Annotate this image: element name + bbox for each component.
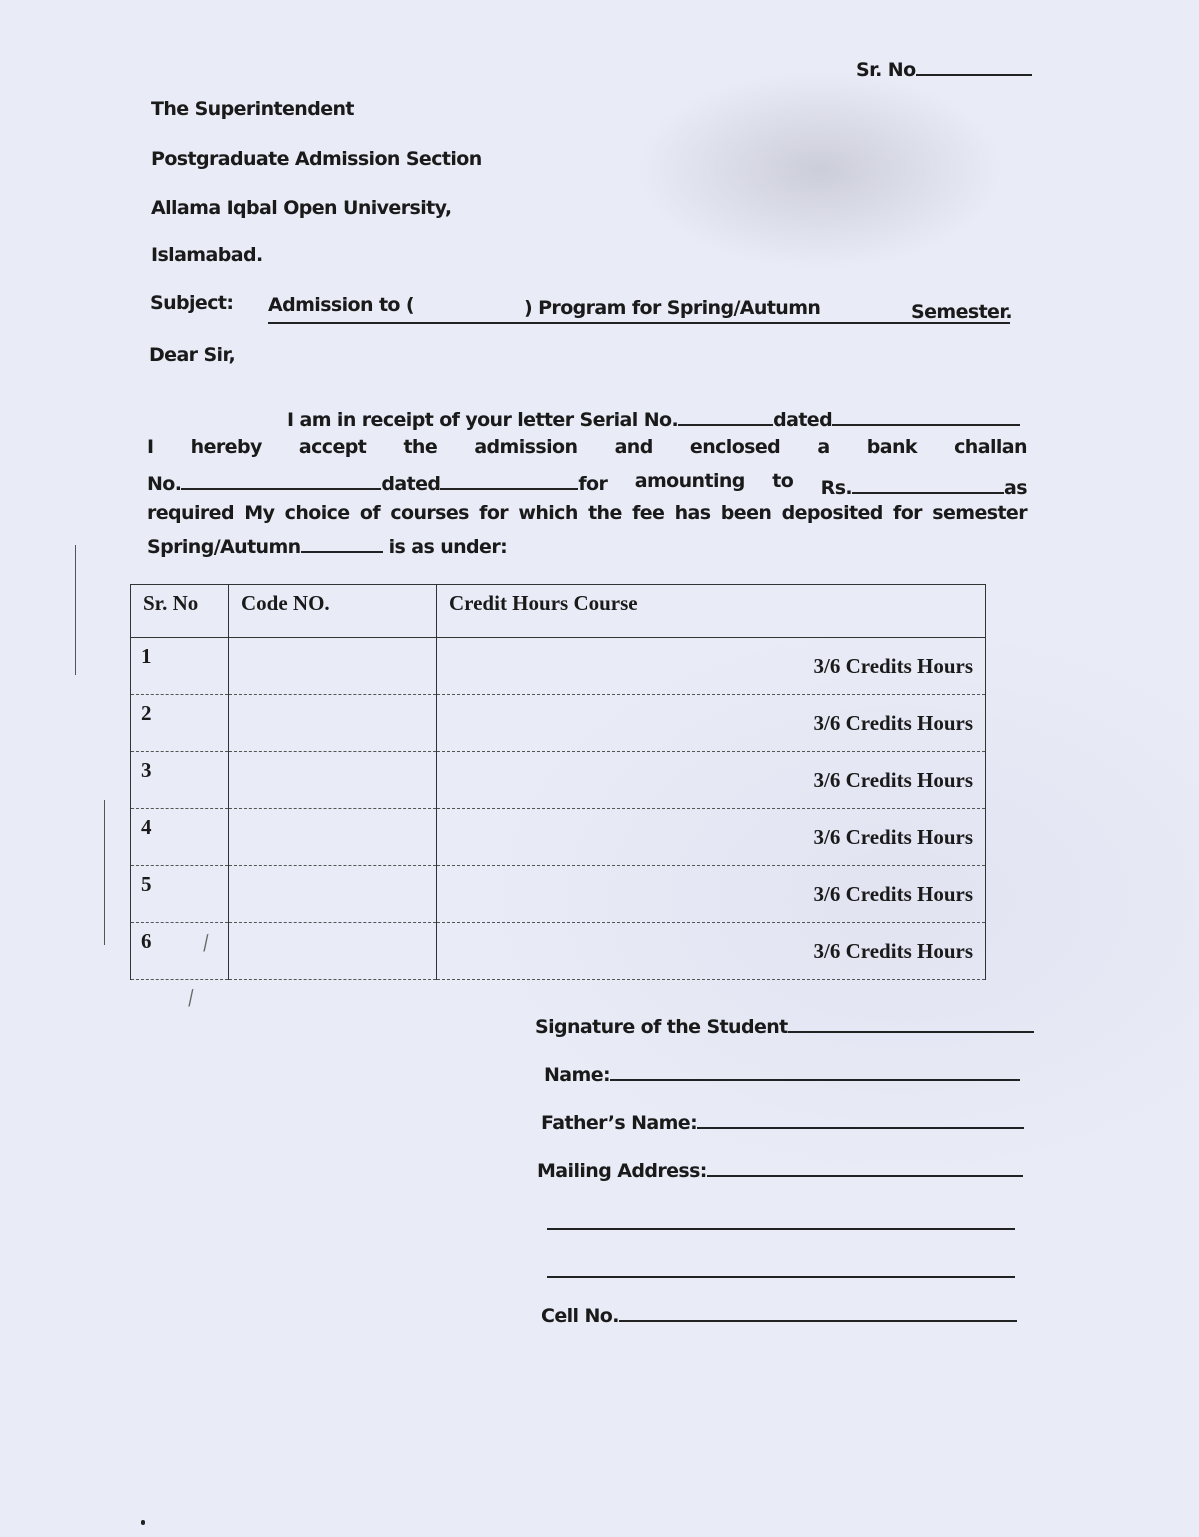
mailing-address-blank-2[interactable]	[547, 1228, 1015, 1230]
signature-blank[interactable]	[788, 1011, 1034, 1033]
row-sr-no: 4	[131, 809, 229, 866]
greeting: Dear Sir,	[149, 344, 235, 366]
body-line-2: I hereby accept the admission and enclos…	[147, 436, 1027, 458]
serial-number-field: Sr. No	[856, 56, 1032, 81]
mailing-address-blank-3[interactable]	[547, 1276, 1015, 1278]
header-credit-hours-course: Credit Hours Course	[437, 585, 986, 638]
body-line-3: No.datedfor amounting to Rs.as	[147, 470, 1027, 499]
serial-number-label: Sr. No	[856, 59, 916, 81]
body-word: the	[403, 436, 437, 458]
body-text: for	[578, 473, 607, 495]
row-credits-cell[interactable]: 3/6 Credits Hours	[437, 866, 986, 923]
body-word: admission	[474, 436, 577, 458]
row-credits-cell[interactable]: 3/6 Credits Hours	[437, 752, 986, 809]
name-label: Name:	[544, 1064, 610, 1086]
body-word: to	[772, 470, 793, 499]
body-text: I am in receipt of your letter Serial No…	[287, 409, 678, 431]
recipient-line-2: Postgraduate Admission Section	[151, 148, 482, 170]
table-row: 2 3/6 Credits Hours	[131, 695, 986, 752]
row-credits-cell[interactable]: 3/6 Credits Hours	[437, 695, 986, 752]
row-sr-no: 1	[131, 638, 229, 695]
table-header-row: Sr. No Code NO. Credit Hours Course	[131, 585, 986, 638]
mailing-address-label: Mailing Address:	[537, 1160, 707, 1182]
mailing-address-blank-1[interactable]	[707, 1155, 1023, 1177]
body-word: accept	[299, 436, 366, 458]
row-code-cell[interactable]	[229, 695, 437, 752]
body-text: No.	[147, 473, 181, 495]
row-code-cell[interactable]	[229, 638, 437, 695]
row-sr-no: 3	[131, 752, 229, 809]
body-text: dated	[773, 409, 832, 431]
amount-blank[interactable]	[852, 470, 1004, 494]
row-sr-no: 6	[131, 923, 229, 980]
serial-number-blank[interactable]	[916, 56, 1032, 76]
header-sr-no: Sr. No	[131, 585, 229, 638]
body-word: a	[817, 436, 829, 458]
challan-date-blank[interactable]	[440, 470, 578, 490]
body-word: and	[615, 436, 653, 458]
signature-label: Signature of the Student	[535, 1016, 788, 1038]
letter-date-blank[interactable]	[832, 404, 1020, 426]
father-name-blank[interactable]	[697, 1107, 1024, 1129]
table-row: 5 3/6 Credits Hours	[131, 866, 986, 923]
body-line-5: Spring/Autumn is as under:	[147, 533, 507, 558]
subject-line: Admission to ( ) Program for Spring/Autu…	[268, 294, 1010, 324]
row-credits-cell[interactable]: 3/6 Credits Hours	[437, 638, 986, 695]
row-sr-no: 5	[131, 866, 229, 923]
body-text: Rs.	[821, 477, 852, 499]
table-row: 4 3/6 Credits Hours	[131, 809, 986, 866]
recipient-line-3: Allama Iqbal Open University,	[151, 197, 452, 219]
body-word: amounting	[635, 470, 745, 499]
body-word: bank	[867, 436, 917, 458]
recipient-line-4: Islamabad.	[151, 244, 263, 266]
row-code-cell[interactable]	[229, 809, 437, 866]
body-text: as	[1004, 477, 1027, 499]
body-word: I	[147, 436, 153, 458]
cell-number-label: Cell No.	[541, 1305, 619, 1327]
row-code-cell[interactable]	[229, 866, 437, 923]
body-text: Spring/Autumn	[147, 536, 301, 558]
row-credits-cell[interactable]: 3/6 Credits Hours	[437, 809, 986, 866]
recipient-line-1: The Superintendent	[151, 98, 354, 120]
challan-number-blank[interactable]	[181, 472, 381, 490]
letter-serial-blank[interactable]	[678, 408, 773, 426]
body-word: enclosed	[690, 436, 780, 458]
father-name-field: Father’s Name:	[541, 1107, 1024, 1134]
row-code-cell[interactable]	[229, 752, 437, 809]
body-line-4: required My choice of courses for which …	[147, 502, 1027, 524]
body-line-1: I am in receipt of your letter Serial No…	[287, 404, 1020, 431]
body-word: challan	[954, 436, 1027, 458]
subject-part-1: Admission to (	[268, 294, 414, 316]
header-code-no: Code NO.	[229, 585, 437, 638]
mailing-address-field: Mailing Address:	[537, 1155, 1023, 1182]
subject-part-2: ) Program for Spring/Autumn	[524, 297, 820, 319]
cell-number-blank[interactable]	[619, 1300, 1017, 1322]
body-text: is as under:	[389, 536, 508, 558]
scan-smudge: ⁄	[186, 985, 198, 1011]
name-blank[interactable]	[610, 1059, 1020, 1081]
row-code-cell[interactable]	[229, 923, 437, 980]
table-row: 6 3/6 Credits Hours	[131, 923, 986, 980]
courses-table: Sr. No Code NO. Credit Hours Course 1 3/…	[130, 584, 986, 980]
semester-year-blank[interactable]	[301, 533, 383, 553]
row-credits-cell[interactable]: 3/6 Credits Hours	[437, 923, 986, 980]
table-row: 3 3/6 Credits Hours	[131, 752, 986, 809]
scan-mark	[104, 800, 105, 945]
scan-mark	[75, 545, 76, 675]
father-name-label: Father’s Name:	[541, 1112, 697, 1134]
subject-label: Subject:	[150, 292, 233, 314]
cell-number-field: Cell No.	[541, 1300, 1017, 1327]
table-row: 1 3/6 Credits Hours	[131, 638, 986, 695]
scan-dot	[141, 1520, 145, 1525]
name-field: Name:	[544, 1059, 1020, 1086]
subject-part-3: Semester.	[911, 301, 1012, 323]
signature-field: Signature of the Student	[535, 1011, 1034, 1038]
body-word: hereby	[191, 436, 262, 458]
row-sr-no: 2	[131, 695, 229, 752]
body-text: dated	[381, 473, 440, 495]
